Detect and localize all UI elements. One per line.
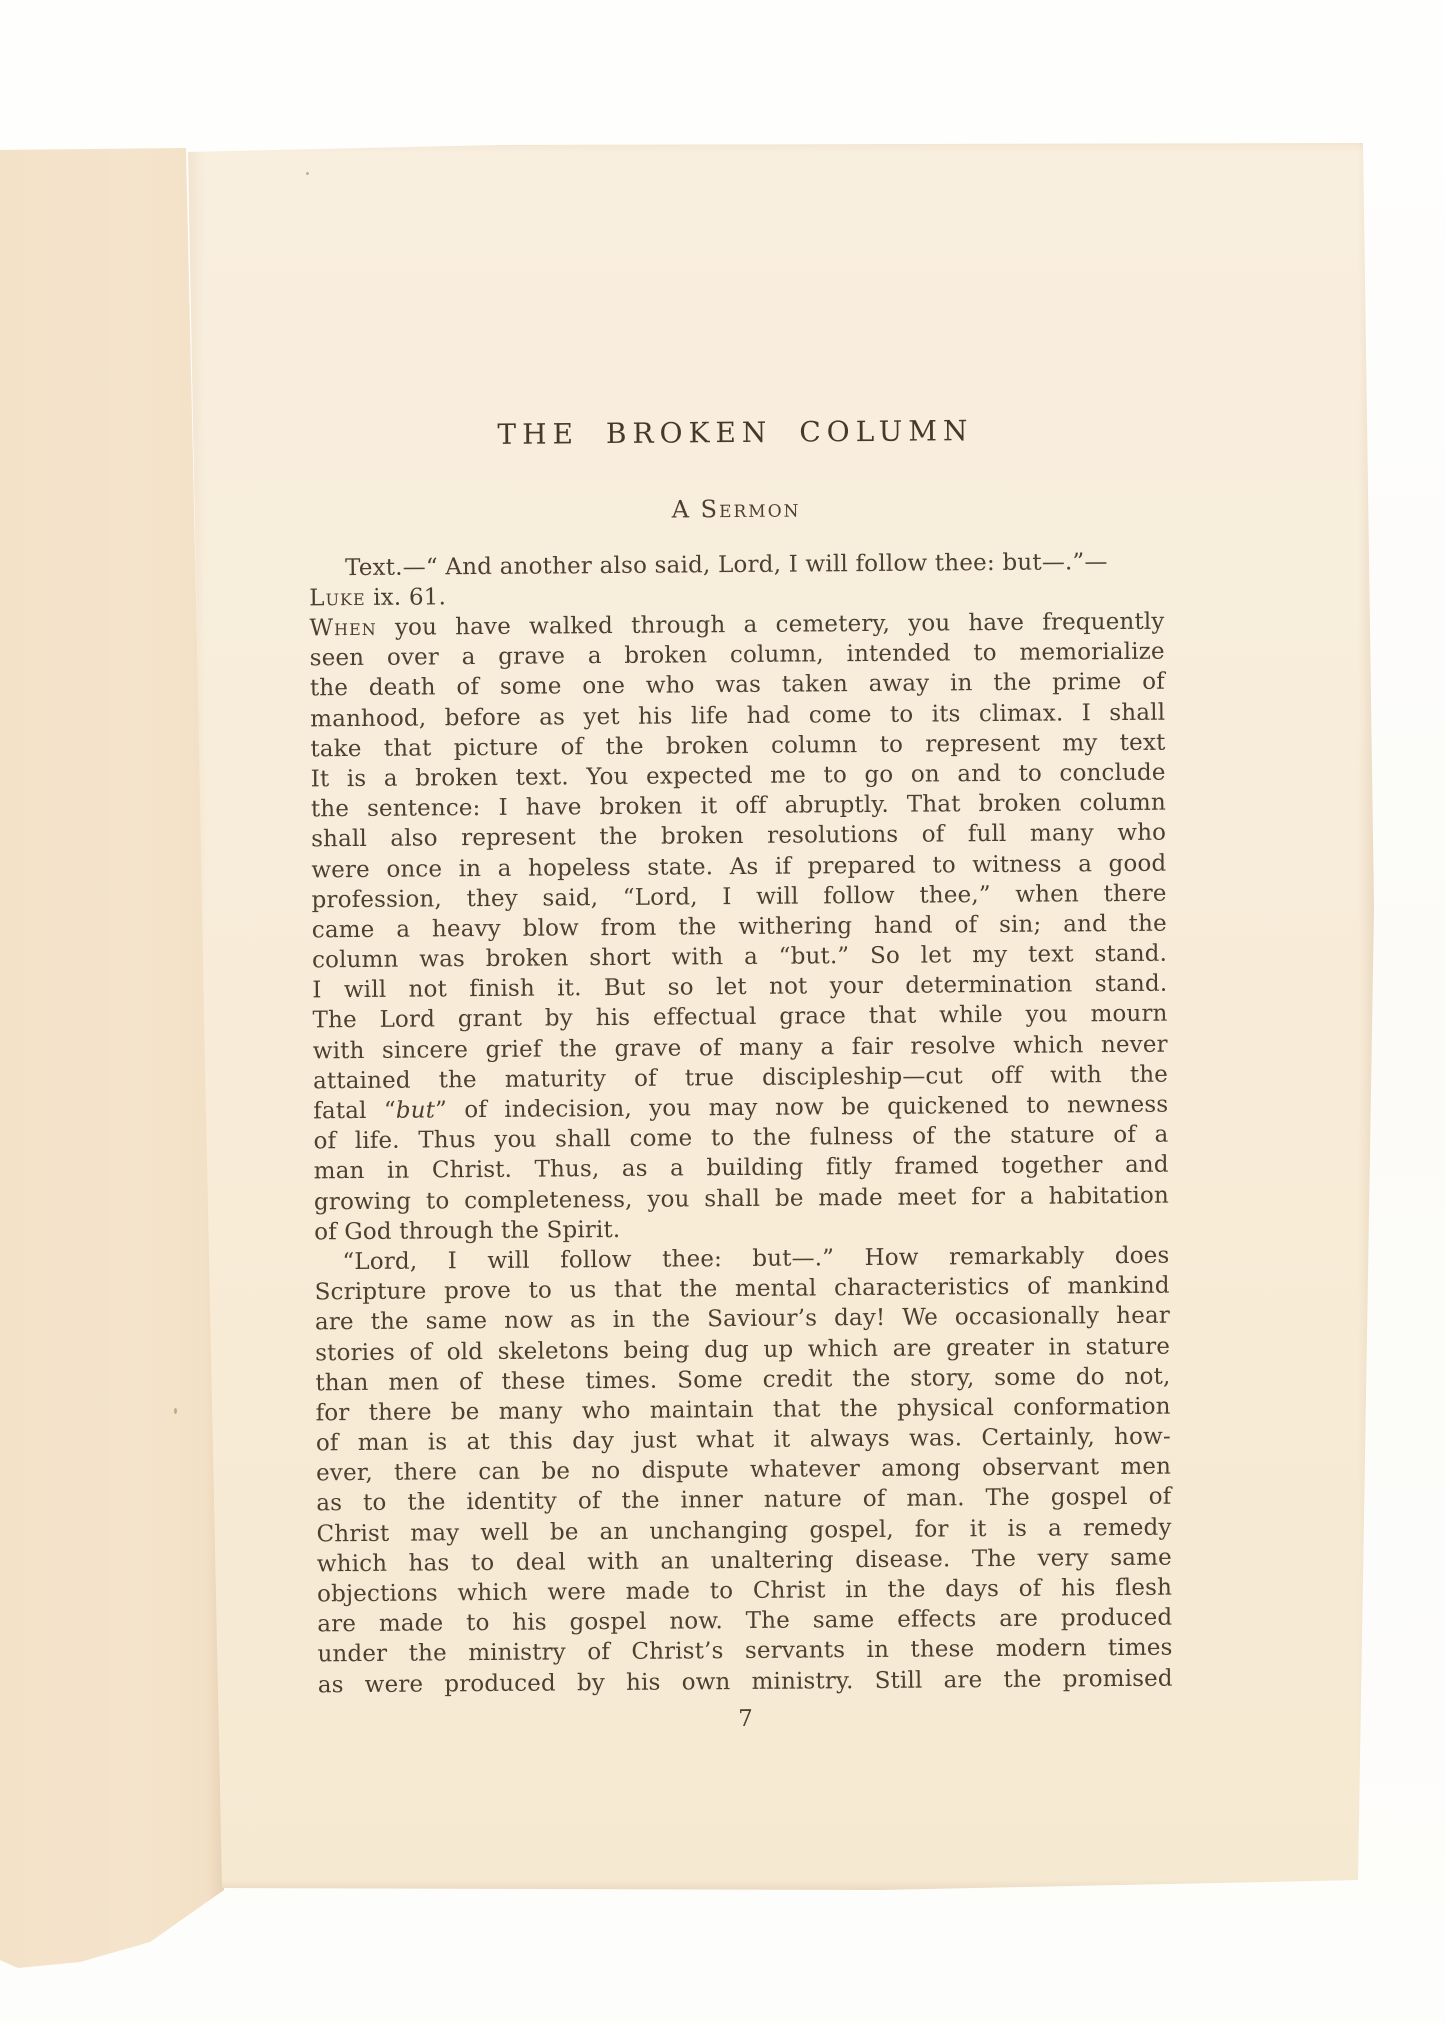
page-number: 7 xyxy=(318,1701,1173,1736)
page-subtitle: A Sermon xyxy=(308,492,1163,527)
text-heading-quote: —“ And another also said, Lord, I will f… xyxy=(403,549,1108,581)
paper-speck xyxy=(306,172,309,175)
printed-text-block: THE BROKEN COLUMN A Sermon Text.—“ And a… xyxy=(308,413,1173,1736)
book-page: THE BROKEN COLUMN A Sermon Text.—“ And a… xyxy=(180,138,1376,1894)
opening-word: When xyxy=(309,615,376,642)
photo-background: THE BROKEN COLUMN A Sermon Text.—“ And a… xyxy=(0,0,1445,2023)
text-heading-lead: Text. xyxy=(345,555,403,581)
page-title: THE BROKEN COLUMN xyxy=(308,413,1163,454)
body-line: as were produced by his own ministry. St… xyxy=(318,1663,1173,1700)
scripture-verse: ix. 61. xyxy=(366,584,447,611)
paper-speck xyxy=(174,1408,177,1414)
scripture-book-name: Luke xyxy=(309,585,366,611)
body-text: When you have walked through a cemetery,… xyxy=(309,607,1173,1700)
